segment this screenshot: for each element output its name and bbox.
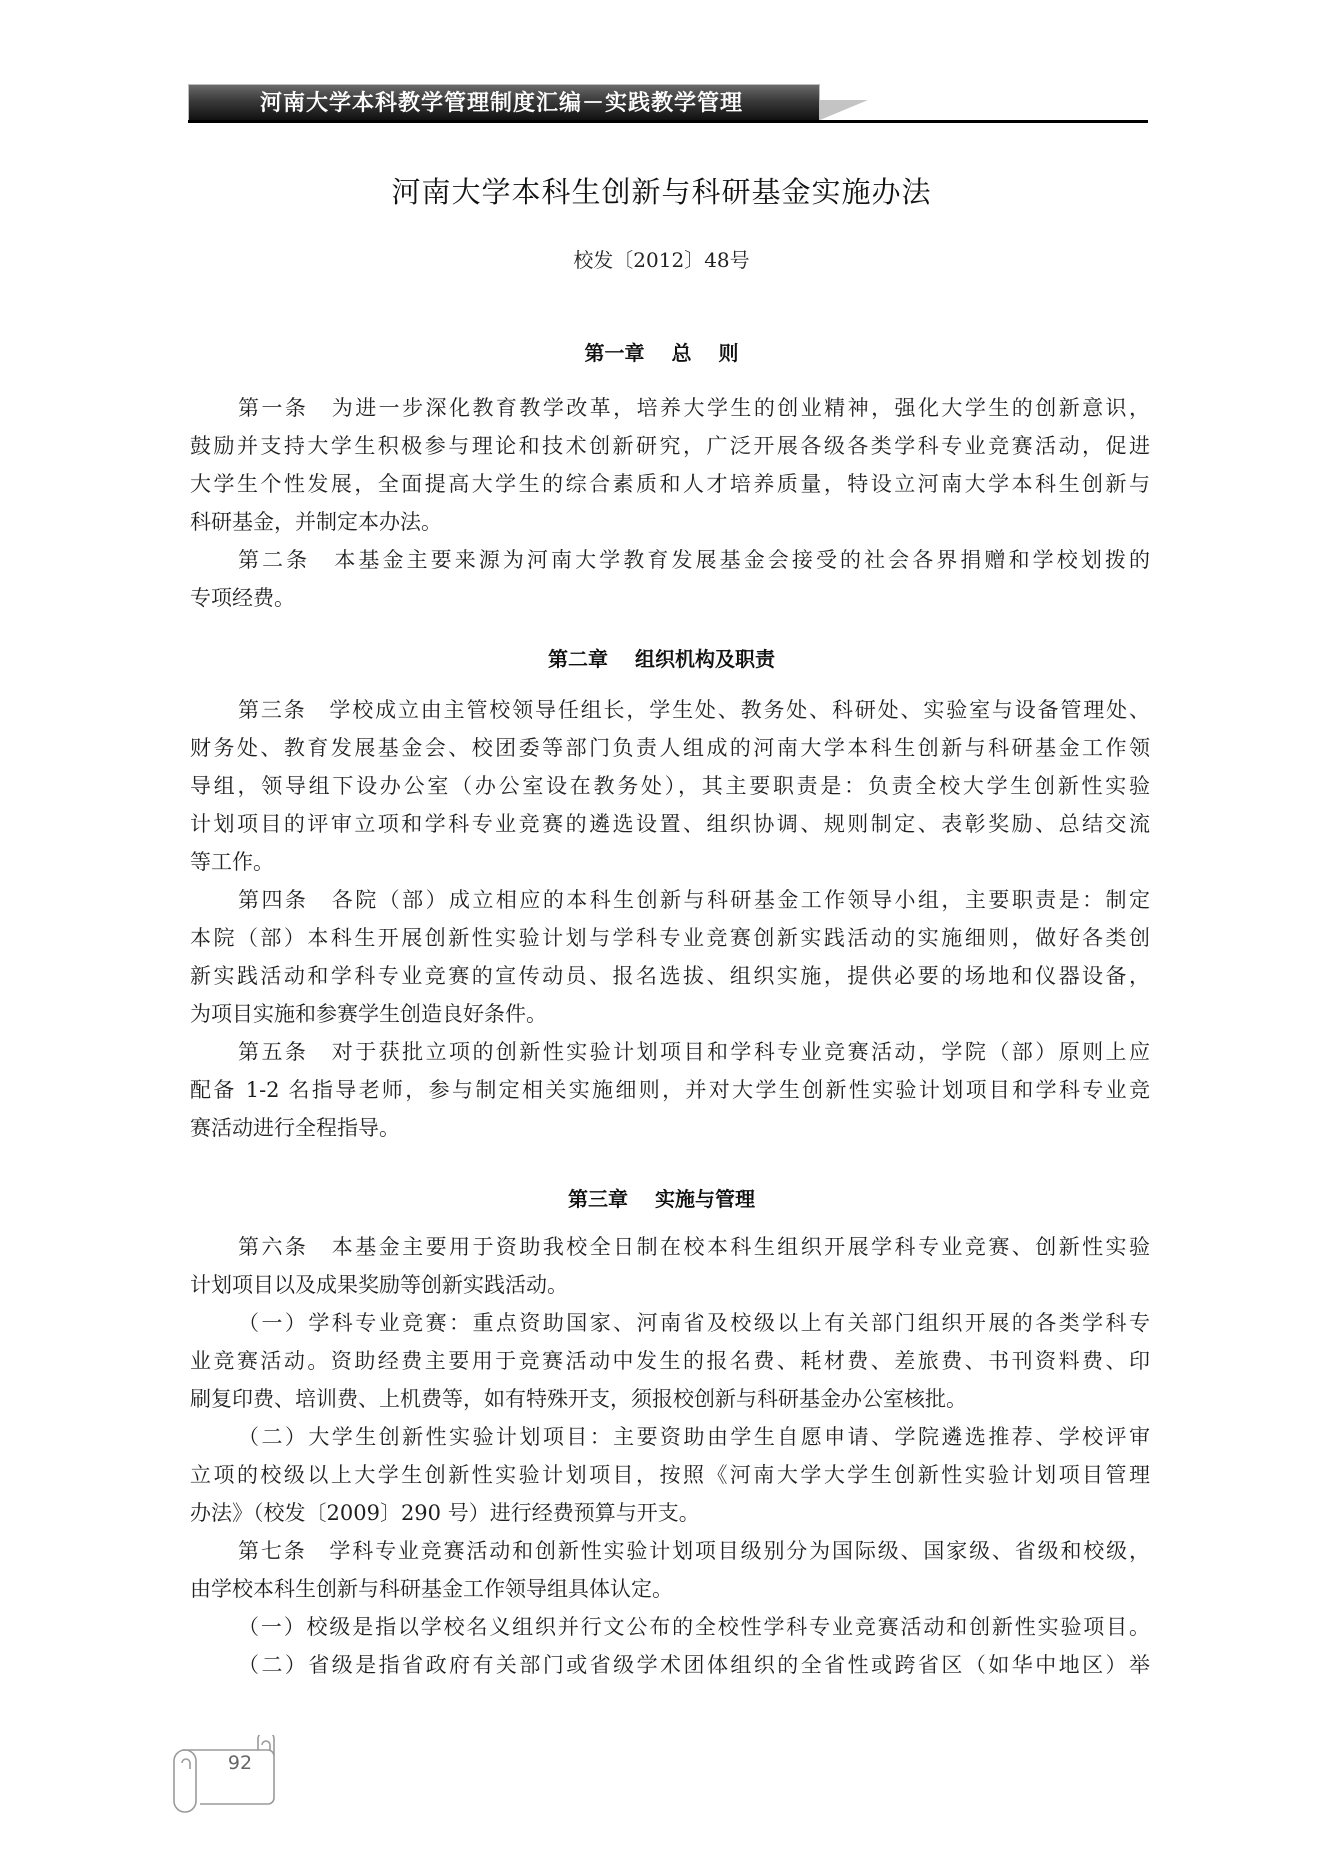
document-title: 河南大学本科生创新与科研基金实施办法 — [0, 170, 1323, 211]
text-line: 导组，领导组下设办公室（办公室设在教务处），其主要职责是：负责全校大学生创新性实… — [190, 771, 1150, 801]
text-line: 为项目实施和参赛学生创造良好条件。 — [190, 999, 1150, 1029]
text-line: （二）大学生创新性实验计划项目：主要资助由学生自愿申请、学院遴选推荐、学校评审 — [238, 1422, 1150, 1452]
text-line: 第五条 对于获批立项的创新性实验计划项目和学科专业竞赛活动，学院（部）原则上应 — [238, 1037, 1150, 1067]
text-line: 第六条 本基金主要用于资助我校全日制在校本科生组织开展学科专业竞赛、创新性实验 — [238, 1232, 1150, 1262]
text-line: 第三条 学校成立由主管校领导任组长，学生处、教务处、科研处、实验室与设备管理处、 — [238, 695, 1150, 725]
text-line: （一）学科专业竞赛：重点资助国家、河南省及校级以上有关部门组织开展的各类学科专 — [238, 1308, 1150, 1338]
text-line: 第七条 学科专业竞赛活动和创新性实验计划项目级别分为国际级、国家级、省级和校级， — [238, 1536, 1150, 1566]
text-line: 第二条 本基金主要来源为河南大学教育发展基金会接受的社会各界捐赠和学校划拨的 — [238, 545, 1150, 575]
running-header-title: 河南大学本科教学管理制度汇编－实践教学管理 — [260, 86, 743, 120]
text-line: 财务处、教育发展基金会、校团委等部门负责人组成的河南大学本科生创新与科研基金工作… — [190, 733, 1150, 763]
text-line: 大学生个性发展，全面提高大学生的综合素质和人才培养质量，特设立河南大学本科生创新… — [190, 469, 1150, 499]
page-number: 92 — [210, 1752, 270, 1774]
text-line: 计划项目以及成果奖励等创新实践活动。 — [190, 1270, 1150, 1300]
text-line: （一）校级是指以学校名义组织并行文公布的全校性学科专业竞赛活动和创新性实验项目。 — [238, 1612, 1150, 1642]
text-line: 由学校本科生创新与科研基金工作领导组具体认定。 — [190, 1574, 1150, 1604]
text-line: 配备 1-2 名指导老师，参与制定相关实施细则，并对大学生创新性实验计划项目和学… — [190, 1075, 1150, 1105]
document-number: 校发〔2012〕48号 — [0, 244, 1323, 273]
text-line: 科研基金，并制定本办法。 — [190, 507, 1150, 537]
text-line: 专项经费。 — [190, 583, 1150, 613]
text-line: 鼓励并支持大学生积极参与理论和技术创新研究，广泛开展各级各类学科专业竞赛活动，促… — [190, 431, 1150, 461]
text-line: （二）省级是指省政府有关部门或省级学术团体组织的全省性或跨省区（如华中地区）举 — [238, 1650, 1150, 1680]
text-line: 刷复印费、培训费、上机费等，如有特殊开支，须报校创新与科研基金办公室核批。 — [190, 1384, 1150, 1414]
chapter-heading: 第二章 组织机构及职责 — [0, 643, 1323, 672]
header-fold-decoration — [820, 100, 900, 122]
text-line: 本院（部）本科生开展创新性实验计划与学科专业竞赛创新实践活动的实施细则，做好各类… — [190, 923, 1150, 953]
text-line: 第一条 为进一步深化教育教学改革，培养大学生的创业精神，强化大学生的创新意识， — [238, 393, 1150, 423]
scroll-banner-icon — [170, 1735, 290, 1815]
text-line: 等工作。 — [190, 847, 1150, 877]
text-line: 新实践活动和学科专业竞赛的宣传动员、报名选拔、组织实施，提供必要的场地和仪器设备… — [190, 961, 1150, 991]
text-line: 赛活动进行全程指导。 — [190, 1113, 1150, 1143]
text-line: 第四条 各院（部）成立相应的本科生创新与科研基金工作领导小组，主要职责是：制定 — [238, 885, 1150, 915]
text-line: 计划项目的评审立项和学科专业竞赛的遴选设置、组织协调、规则制定、表彰奖励、总结交… — [190, 809, 1150, 839]
text-line: 办法》（校发〔2009〕290 号）进行经费预算与开支。 — [190, 1498, 1150, 1528]
text-line: 业竞赛活动。资助经费主要用于竞赛活动中发生的报名费、耗材费、差旅费、书刊资料费、… — [190, 1346, 1150, 1376]
chapter-heading: 第三章 实施与管理 — [0, 1183, 1323, 1212]
chapter-heading: 第一章 总 则 — [0, 337, 1323, 366]
header-rule — [188, 120, 1148, 123]
text-line: 立项的校级以上大学生创新性实验计划项目，按照《河南大学大学生创新性实验计划项目管… — [190, 1460, 1150, 1490]
